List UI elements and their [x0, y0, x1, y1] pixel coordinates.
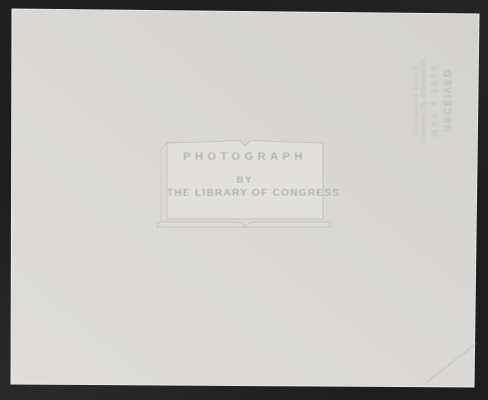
- received-stamp-line: LIBRARY OF CONGRESS: [418, 56, 426, 144]
- received-stamp-line: MAY 4 1914: [429, 56, 438, 144]
- received-stamp-line: COPYRIGHT OFFICE: [410, 56, 418, 144]
- received-stamp-text-block: RECEIVED MAY 4 1914 LIBRARY OF CONGRESS …: [388, 56, 452, 144]
- received-stamp-line: RECEIVED: [441, 56, 452, 144]
- scanned-photo-verso: PHOTOGRAPH BY THE LIBRARY OF CONGRESS RE…: [0, 0, 488, 400]
- stamp-line-photograph: PHOTOGRAPH: [167, 151, 323, 163]
- stamp-line-library-of-congress: THE LIBRARY OF CONGRESS: [167, 188, 323, 199]
- library-of-congress-stamp: PHOTOGRAPH BY THE LIBRARY OF CONGRESS: [150, 136, 334, 236]
- stamp-line-by: BY: [167, 175, 323, 185]
- received-date-stamp: RECEIVED MAY 4 1914 LIBRARY OF CONGRESS …: [388, 56, 452, 144]
